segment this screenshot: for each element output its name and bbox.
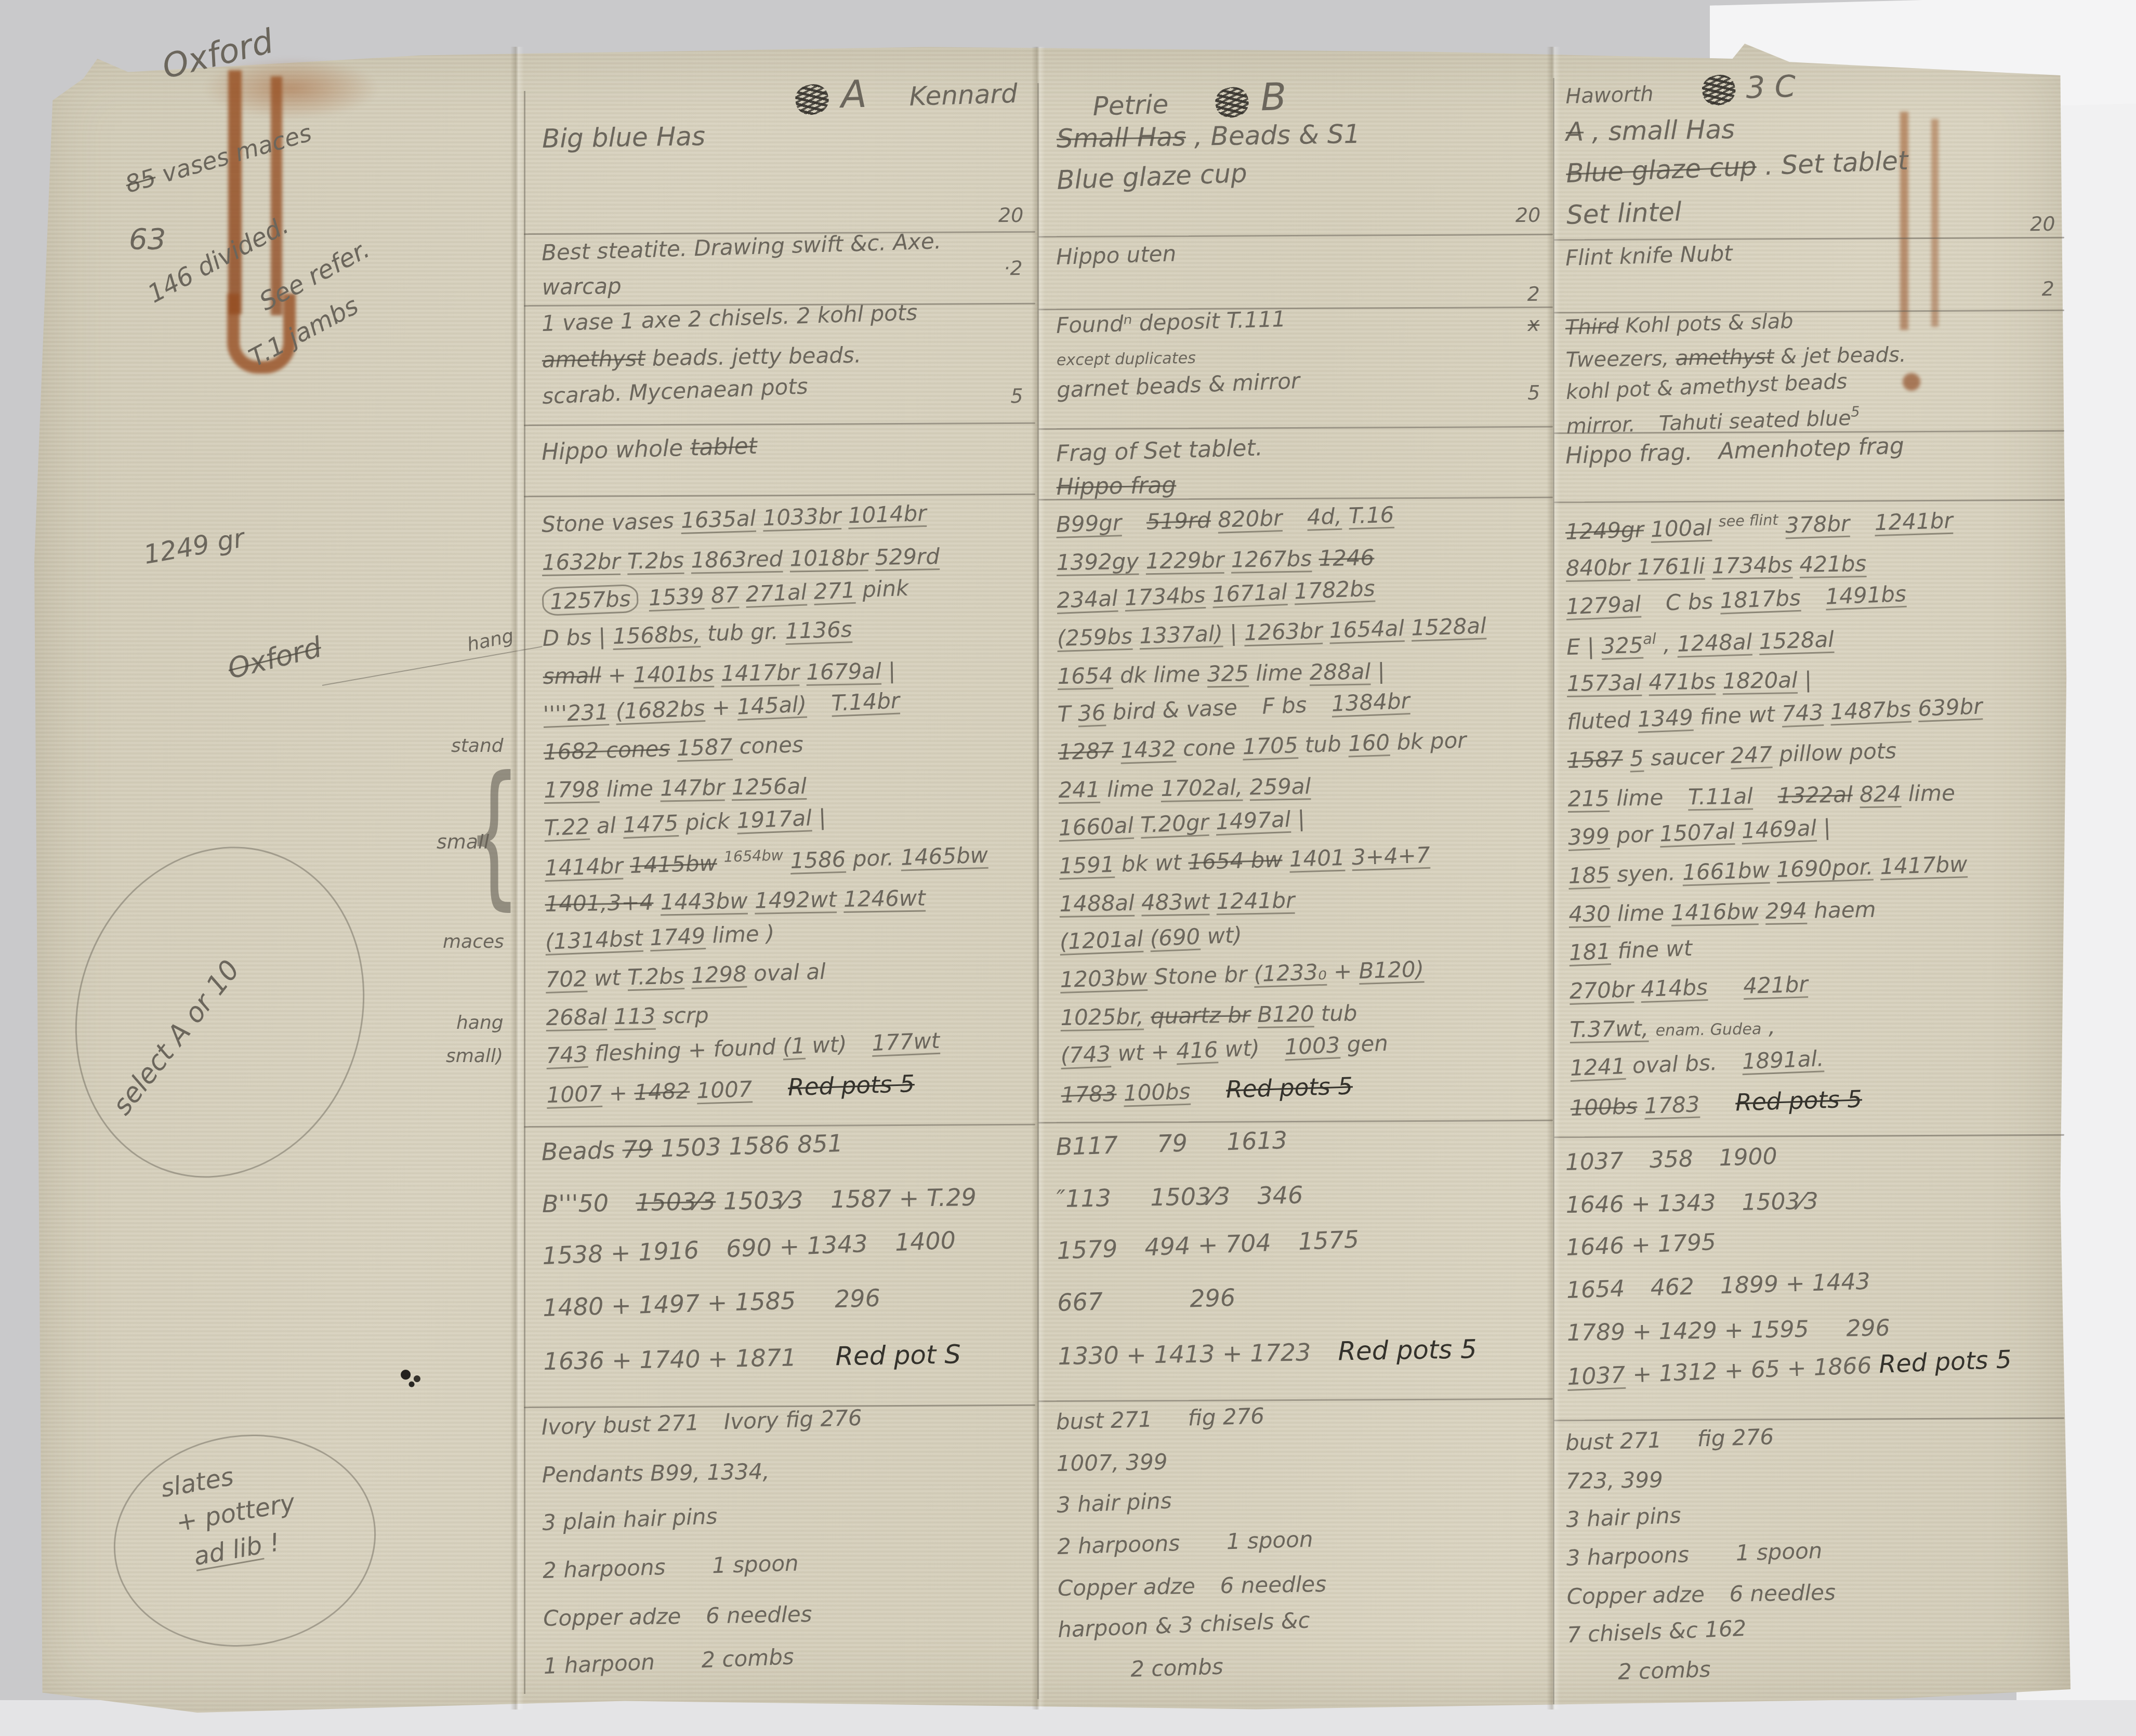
column-b-numbers: B99gr 519rd 820br 4d, T.161392gy 1229br …	[1056, 508, 1549, 1119]
column-c-bottom: bust 271 fig 276723, 3993 hair pins3 har…	[1565, 1426, 2060, 1699]
underlined-entry: (259bs	[1057, 624, 1132, 651]
underlined-entry: 100al	[1650, 515, 1712, 542]
column-c: Haworth 3 CA , small HasBlue glaze cup .…	[1559, 0, 2058, 1736]
underlined-entry: 1671al	[1212, 579, 1288, 607]
handwritten-line: bust 271 fig 276	[1056, 1395, 1544, 1451]
handwritten-line: Ivory bust 271 Ivory fig 276	[541, 1400, 1027, 1462]
underlined-entry: 1528al	[1411, 613, 1487, 640]
underlined-entry: 1492wt	[755, 886, 837, 913]
strike-mark: Red pots 5	[1225, 1072, 1353, 1103]
underlined-entry: 430	[1568, 901, 1611, 927]
ink-mark: Red pot S	[835, 1339, 961, 1371]
underlined-entry: 471bs	[1649, 668, 1716, 695]
column-c-row-1: Flint knife Nubt2	[1565, 241, 2059, 280]
underlined-entry: 1705	[1242, 732, 1298, 759]
margin-note-oxford-struck: Oxford	[225, 631, 325, 685]
strike-mark: 1249gr	[1565, 517, 1644, 545]
strike-mark: 1587	[1567, 746, 1623, 773]
underlined-entry: 268al	[546, 1004, 607, 1030]
strike-mark: 85	[122, 163, 159, 198]
underlined-entry: 1497al	[1215, 806, 1291, 835]
margin-note-line: 85 vases maces	[122, 118, 315, 198]
underlined-entry: 5	[1629, 746, 1644, 772]
strike-mark: Oxford	[225, 631, 325, 685]
underlined-entry: 1487bs	[1830, 696, 1911, 725]
underlined-entry: 1917al	[736, 805, 812, 833]
underlined-entry: 185	[1568, 862, 1611, 889]
underlined-entry: 147br	[660, 775, 725, 801]
underlined-entry: 1539	[648, 583, 705, 611]
underlined-entry: 529rd	[875, 544, 940, 570]
underlined-entry: 1491bs	[1825, 581, 1907, 609]
underlined-entry: 1507al	[1659, 818, 1735, 847]
margin-note-hang2: hang	[456, 1012, 504, 1033]
underlined-entry: 1018br	[789, 545, 868, 571]
underlined-entry: 1203bw	[1060, 964, 1148, 992]
underlined-entry: 1241	[1570, 1053, 1626, 1081]
sup-mark: 1654bw	[723, 846, 783, 865]
tally-number: 2	[2041, 277, 2054, 300]
strike-mark: x	[1528, 313, 1540, 336]
handwritten-line: bust 271 fig 276	[1565, 1415, 2059, 1468]
underlined-entry: 160	[1348, 730, 1390, 756]
underlined-entry: 1465bw	[900, 842, 988, 870]
underlined-entry: 1568bs,	[612, 621, 701, 649]
underlined-entry: 1475	[622, 810, 679, 838]
underlined-entry: 840br	[1565, 554, 1630, 581]
circle-mark: 1257bs	[542, 584, 639, 616]
underlined-entry: 113	[614, 1003, 656, 1029]
scratched-out-mark	[1699, 72, 1738, 108]
scratched-out-mark	[1212, 85, 1251, 121]
handwritten-line: Hippo whole tablet	[541, 425, 1026, 472]
handwritten-line: Petrie B	[1056, 68, 1544, 124]
handwritten-line: 1037 358 1900	[1565, 1135, 2059, 1192]
underlined-entry: T.11al	[1688, 783, 1753, 810]
underlined-entry: 1241br	[1216, 887, 1295, 914]
handwritten-line: Beads 79 1503 1586 851	[541, 1123, 1027, 1190]
underlined-entry: 87	[710, 581, 739, 608]
strike-mark: Red pots 5	[787, 1070, 915, 1101]
underlined-entry: 1661bw	[1682, 857, 1770, 885]
underlined-entry: 1679al	[806, 658, 881, 685]
column-a-row-1: Best steatite. Drawing swift &c. Axe.war…	[542, 236, 1027, 309]
handwritten-line: 1249gr 100al see flint 378br 1241br	[1565, 502, 2059, 555]
underlined-entry: 145al)	[736, 692, 807, 720]
margin-note-hang1: hang	[465, 625, 516, 656]
margin-note-oxford-top: Oxford	[159, 22, 277, 87]
strike-mark: Third	[1565, 314, 1619, 340]
underlined-entry: 1384br	[1331, 688, 1410, 717]
column-b-bottom: bust 271 fig 2761007, 3993 hair pins2 ha…	[1056, 1405, 1546, 1700]
margin-note-select: select A or 10	[107, 955, 246, 1121]
ink-mark: Red pots 5	[1225, 1072, 1353, 1103]
underlined-entry: (743	[1060, 1041, 1111, 1068]
underlined-entry: 1660al	[1058, 812, 1134, 841]
underlined-entry: 1863red	[691, 546, 783, 573]
underlined-entry: 416	[1176, 1037, 1218, 1064]
scanned-document: Oxford85 vases maces63146 divided.See re…	[0, 0, 2136, 1736]
underlined-entry: 1734bs	[1124, 582, 1206, 611]
underlined-entry: 215	[1567, 786, 1610, 812]
underlined-entry: 1702al,	[1161, 774, 1243, 801]
underlined-entry: 1586	[790, 846, 846, 873]
underlined-entry: 639br	[1917, 693, 1983, 721]
underlined-entry: (1201al	[1059, 926, 1143, 955]
underlined-entry: 271	[813, 577, 856, 604]
underlined-entry: 100bs	[1123, 1079, 1191, 1106]
underlined-entry: 743	[1781, 699, 1824, 726]
underlined-entry: (1	[782, 1033, 806, 1059]
handwritten-line: Stone vases 1635al 1033br 1014br	[541, 497, 1027, 550]
strike-mark: amethyst	[542, 346, 645, 373]
strike-mark: 1503⁄3	[636, 1187, 716, 1216]
column-c-header: Haworth 3 CA , small HasBlue glaze cup .…	[1565, 71, 2060, 242]
underlined-entry: 1817bs	[1720, 585, 1801, 614]
underlined-entry: 247	[1730, 741, 1773, 768]
underlined-entry: 1246wt	[843, 885, 926, 911]
strike-mark: 1654 bw	[1188, 846, 1283, 874]
underlined-entry: 1798	[544, 776, 600, 803]
column-c-row-3: Hippo frag. Amenhotep frag	[1565, 439, 2059, 476]
underlined-entry: 36	[1077, 699, 1106, 726]
underlined-entry: 1749	[649, 923, 706, 950]
strike-mark: 79	[622, 1135, 653, 1164]
tally-number: 20	[998, 204, 1024, 227]
underlined-entry: B120	[1257, 1001, 1314, 1027]
underlined-entry: 1033br	[762, 503, 841, 531]
underlined-entry: 288al	[1309, 659, 1370, 685]
underlined-entry: 325	[1601, 632, 1644, 659]
underlined-entry: 271al	[745, 579, 807, 606]
column-b-header: Petrie BSmall Has , Beads & S1Blue glaze…	[1056, 78, 1545, 207]
margin-note-line: 63	[129, 222, 166, 256]
strike-mark: 1482	[634, 1078, 690, 1105]
underlined-entry: 1414br	[544, 853, 623, 881]
small-mark: enam. Gudea	[1655, 1020, 1761, 1040]
big-mark: 3 C	[1745, 69, 1796, 105]
underlined-entry: 483wt	[1141, 889, 1210, 915]
sup-mark: see flint	[1718, 511, 1778, 530]
margin-note-maces: maces	[443, 931, 504, 952]
strike-mark: Red pots 5	[1735, 1085, 1862, 1116]
ink-mark: Red pots 5	[787, 1070, 915, 1101]
column-b-row-1: Hippo uten2	[1056, 240, 1544, 279]
underlined-entry: 4d,	[1307, 503, 1342, 530]
sup-mark: al	[1643, 630, 1656, 648]
underlined-entry: 1263br	[1244, 618, 1323, 645]
underlined-entry: 421br	[1743, 971, 1808, 999]
margin-note-vases: 85 vases maces	[122, 118, 315, 198]
underlined-entry: 421bs	[1799, 551, 1866, 577]
strike-mark: amethyst	[1676, 345, 1774, 370]
underlined-entry: 1417br	[721, 659, 800, 686]
big-mark: A	[840, 72, 867, 116]
strike-mark: small	[543, 662, 601, 689]
underlined-entry: B99gr	[1056, 510, 1122, 537]
underlined-entry: B120)	[1359, 956, 1425, 984]
underlined-entry: 399	[1567, 823, 1610, 850]
underlined-entry: 1573al	[1566, 670, 1642, 696]
underlined-entry: 1298	[691, 961, 747, 988]
underlined-entry: 1136s	[785, 616, 852, 644]
underlined-entry: 1416bw	[1671, 898, 1759, 925]
column-a-beads: Beads 79 1503 1586 851B'''50 1503⁄3 1503…	[542, 1134, 1029, 1398]
underlined-entry: T.37wt,	[1570, 1016, 1649, 1042]
column-c-beads: 1037 358 19001646 + 1343 1503⁄31646 + 17…	[1565, 1145, 2060, 1405]
underlined-entry: 1783	[1644, 1092, 1700, 1119]
handwriting-layer: Oxford85 vases maces63146 divided.See re…	[0, 0, 2136, 1736]
underlined-entry: 1690por.	[1776, 854, 1874, 882]
underlined-entry: 1279al	[1565, 591, 1641, 619]
underlined-entry: 820br	[1217, 505, 1282, 533]
underlined-entry: T.14br	[831, 688, 900, 716]
underlined-entry: (690	[1150, 924, 1201, 951]
margin-note-line: hang	[465, 625, 516, 656]
underlined-entry: 1761li	[1637, 553, 1705, 580]
margin-note-small2: small)	[446, 1045, 503, 1067]
strike-mark: A	[1565, 116, 1584, 147]
strike-mark: 1287	[1058, 738, 1114, 765]
fold-crease	[1032, 47, 1045, 1710]
underlined-entry: 241	[1058, 777, 1100, 803]
margin-note-line: select A or 10	[107, 955, 246, 1121]
underlined-entry: 1469al	[1741, 815, 1817, 844]
underlined-entry: 1654	[1057, 662, 1113, 689]
underlined-entry: 1432	[1120, 736, 1176, 763]
column-a-row-2: 1 vase 1 axe 2 chisels. 2 kohl potsameth…	[542, 307, 1027, 420]
column-a-bottom: Ivory bust 271 Ivory fig 276Pendants B99…	[542, 1410, 1029, 1701]
column-b-row-2: Foundⁿ deposit T.111except duplicatesgar…	[1056, 309, 1545, 409]
margin-note-line: Oxford	[159, 22, 277, 87]
underlined-entry: 1025br,	[1060, 1003, 1144, 1030]
margin-note-gr1249: 1249 gr	[141, 523, 247, 570]
underlined-entry: 270br	[1569, 976, 1634, 1004]
underlined-entry: T.2bs	[627, 548, 684, 574]
margin-note-line: maces	[443, 931, 504, 952]
underlined-entry: 1587	[677, 734, 733, 761]
underlined-entry: 1349	[1637, 705, 1694, 732]
underlined-entry: 1891al.	[1742, 1045, 1824, 1074]
underlined-entry: 414bs	[1640, 974, 1708, 1002]
margin-note-n63: 63	[129, 222, 166, 256]
underlined-entry: (1233₀	[1254, 959, 1327, 987]
fold-crease	[1547, 47, 1560, 1710]
underlined-entry: (1314bst	[545, 925, 643, 955]
strike-mark: quartz br	[1151, 1002, 1251, 1029]
underlined-entry: 702	[545, 966, 588, 992]
column-b-beads: B117 79 1613″113 1503⁄3 3461579 494 + 70…	[1056, 1129, 1546, 1393]
margin-note-slates: slates+ potteryad lib !	[159, 1452, 305, 1582]
tally-number: x	[1528, 313, 1540, 336]
tally-number: 20	[1515, 204, 1541, 227]
column-c-row-2: Third Kohl pots & slabTweezers, amethyst…	[1565, 312, 2059, 445]
ink-mark: Red pots 5	[1878, 1345, 2012, 1379]
underlined-entry: 1443bw	[660, 888, 748, 915]
column-a: A KennardBig blue Has20Best steatite. Dr…	[535, 0, 1026, 1736]
underlined-entry: 1014br	[848, 500, 927, 528]
strike-mark: 519rd	[1146, 507, 1211, 535]
fold-crease	[510, 47, 524, 1710]
column-a-numbers: Stone vases 1635al 1033br 1014br1632br T…	[542, 508, 1032, 1119]
underlined-entry: 1267bs	[1231, 546, 1312, 572]
underlined-entry: 743	[546, 1041, 588, 1068]
strike-mark: 1682 cones	[543, 736, 670, 765]
margin-note-line: small)	[446, 1045, 503, 1067]
underlined-entry: 1820al	[1722, 667, 1798, 694]
underlined-entry: 1256al	[731, 773, 807, 800]
underlined-entry: 259al	[1249, 773, 1311, 800]
scratched-out-mark	[793, 82, 832, 117]
underlined-entry: 1392gy	[1056, 549, 1139, 575]
strike-mark: 100bs	[1570, 1093, 1638, 1121]
margin-note-line: 1249 gr	[141, 523, 247, 570]
sup-mark: 5	[1851, 404, 1860, 420]
strike-mark: 1401,3+4	[545, 890, 654, 917]
column-b: Petrie BSmall Has , Beads & S1Blue glaze…	[1050, 0, 1544, 1736]
strike-mark: Hippo frag	[1056, 472, 1176, 500]
underlined-entry: 1401	[1289, 845, 1345, 872]
underlined-entry: 824	[1860, 781, 1902, 807]
underlined-entry: ''''231	[543, 699, 609, 727]
underlined-entry: 1632br	[542, 549, 621, 575]
underlined-entry: 1591	[1059, 852, 1115, 879]
underlined-entry: 1229br	[1145, 547, 1224, 574]
underlined-entry: T.16	[1348, 502, 1394, 529]
underlined-entry: (1682bs	[615, 695, 706, 724]
underlined-entry: 294	[1765, 898, 1807, 924]
underlined-entry: 234al	[1056, 586, 1118, 613]
column-a-header: A KennardBig blue Has20	[542, 78, 1027, 165]
underlined-entry: 1401bs	[633, 661, 714, 687]
strike-mark: 1783	[1061, 1081, 1117, 1108]
underlined-entry: 1241br	[1874, 508, 1953, 535]
underlined-entry: 325	[1207, 660, 1249, 686]
handwritten-line: Frag of Set tablet.	[1056, 426, 1544, 474]
strike-mark: Small Has	[1056, 122, 1186, 154]
underlined-entry: 1417bw	[1880, 851, 1968, 879]
underlined-entry: 177wt	[871, 1028, 940, 1056]
underlined-entry: 1003	[1284, 1032, 1341, 1059]
margin-note-line: Oxford	[225, 631, 325, 685]
underlined-entry: 1007	[696, 1076, 753, 1103]
handwritten-line: Big blue Has	[542, 116, 1027, 165]
u-mark: 1037	[1566, 1362, 1626, 1390]
underlined-entry: 1654al	[1329, 615, 1405, 643]
strike-mark: 1415bw	[629, 850, 717, 878]
underlined-entry: 1528al	[1759, 627, 1835, 654]
tally-number: ·2	[1004, 257, 1023, 280]
underlined-entry: 1248al	[1677, 629, 1752, 656]
tally-number: 5	[1527, 381, 1540, 404]
tally-number: 5	[1010, 385, 1023, 407]
strike-mark: tablet	[690, 433, 757, 461]
margin-note-line: hang	[456, 1012, 504, 1033]
ink-mark: Red pots 5	[1735, 1085, 1862, 1116]
underlined-entry: 3+4+7	[1351, 842, 1430, 870]
underlined-entry: 1488al	[1059, 890, 1135, 917]
small-mark: except duplicates	[1057, 349, 1196, 369]
underlined-entry: 1734bs	[1711, 552, 1792, 578]
underlined-entry: 1635al	[680, 506, 756, 533]
underlined-entry: 1007	[546, 1081, 602, 1108]
underlined-entry: 181	[1568, 938, 1611, 965]
column-divider	[524, 91, 525, 1694]
handwritten-line: A Kennard	[541, 68, 1027, 124]
ink-mark: Red pots 5	[1338, 1334, 1477, 1366]
column-c-numbers: 1249gr 100al see flint 378br 1241br840br…	[1565, 513, 2063, 1132]
handwritten-line: B117 79 1613	[1056, 1118, 1545, 1185]
handwritten-line: 1330 + 1413 + 1723 Red pots 5	[1058, 1333, 1546, 1393]
underlined-entry: T.20gr	[1140, 810, 1209, 838]
strike-mark: 1322al	[1777, 781, 1853, 808]
strike-mark: 1246	[1318, 545, 1375, 571]
handwritten-line: Haworth 3 C	[1565, 61, 2059, 117]
underlined-entry: T.22	[544, 814, 590, 841]
column-a-row-3: Hippo whole tablet	[542, 435, 1027, 472]
underlined-entry: 378br	[1785, 511, 1850, 538]
underlined-entry: T.2bs	[627, 963, 685, 990]
handwritten-line: 1636 + 1740 + 1871 Red pot S	[543, 1338, 1029, 1398]
underlined-entry: 1337al)	[1139, 621, 1223, 649]
big-mark: B	[1260, 75, 1287, 120]
underlined-entry: 1782bs	[1294, 575, 1375, 604]
